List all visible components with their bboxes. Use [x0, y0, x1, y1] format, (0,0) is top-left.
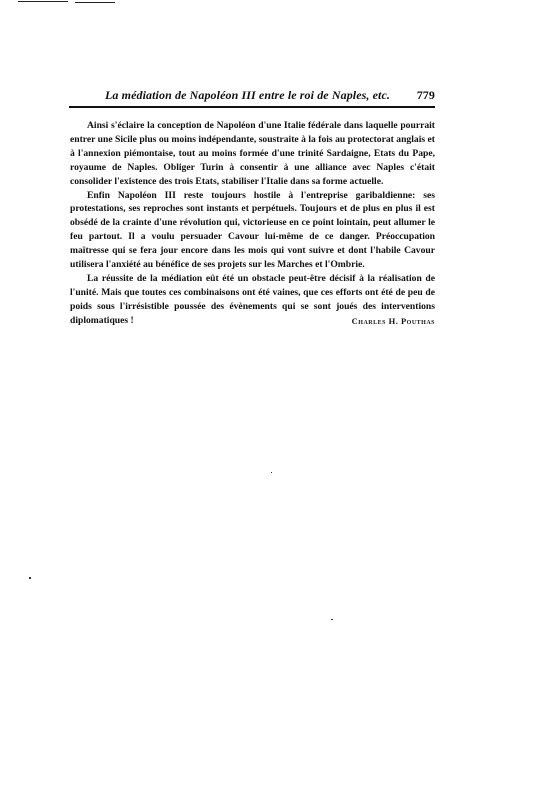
scan-artifact-line	[18, 1, 68, 2]
scan-speck	[331, 619, 333, 620]
paragraph: Enfin Napoléon III reste toujours hostil…	[70, 189, 435, 272]
article-body: Ainsi s'éclaire la conception de Napoléo…	[70, 119, 435, 328]
paragraph: Ainsi s'éclaire la conception de Napoléo…	[70, 119, 435, 189]
scan-artifact-line	[75, 2, 115, 3]
author-signature: Charles H. Pouthas	[352, 316, 435, 326]
scan-speck	[271, 472, 272, 473]
running-title: La médiation de Napoléon III entre le ro…	[69, 88, 390, 103]
page-number: 779	[417, 88, 435, 103]
running-header: La médiation de Napoléon III entre le ro…	[69, 88, 435, 105]
scan-speck	[29, 577, 31, 579]
header-rule	[69, 106, 435, 108]
